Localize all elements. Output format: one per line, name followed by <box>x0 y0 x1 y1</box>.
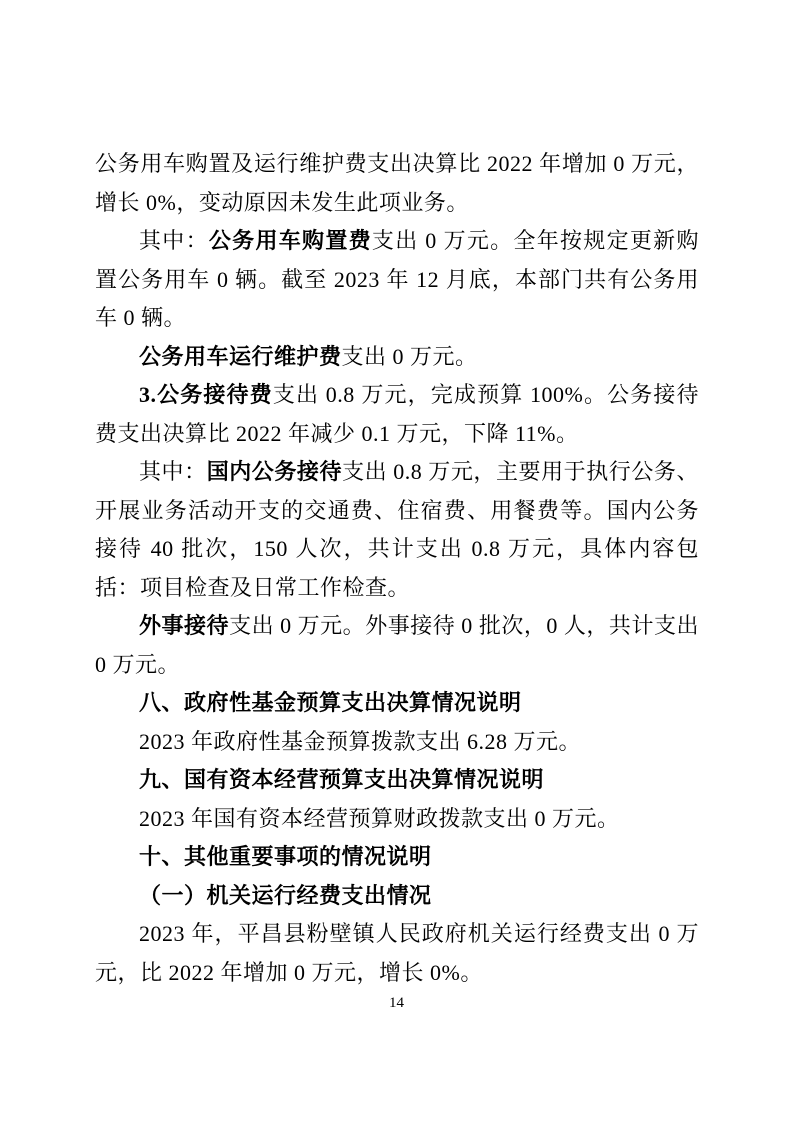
page-number: 14 <box>389 995 404 1011</box>
bold-term: 外事接待 <box>139 613 229 638</box>
page-footer: 14 <box>0 993 793 1013</box>
paragraph-domestic-reception: 其中：国内公务接待支出 0.8 万元，主要用于执行公务、开展业务活动开支的交通费… <box>95 453 699 607</box>
paragraph-state-capital-expenditure: 2023 年国有资本经营预算财政拨款支出 0 万元。 <box>95 800 699 839</box>
text-run: 公务用车购置及运行维护费支出决算比 2022 年增加 0 万元，增长 0%，变动… <box>95 151 699 215</box>
heading-text: 九、国有资本经营预算支出决算情况说明 <box>139 767 544 792</box>
heading-text: 十、其他重要事项的情况说明 <box>139 844 432 869</box>
bold-term: 3.公务接待费 <box>139 382 273 407</box>
bold-term: 国内公务接待 <box>207 459 342 484</box>
text-run: 其中： <box>139 459 207 484</box>
paragraph-vehicle-maintenance-fee: 公务用车运行维护费支出 0 万元。 <box>95 338 699 377</box>
heading-section-9: 九、国有资本经营预算支出决算情况说明 <box>95 761 699 800</box>
heading-text: （一）机关运行经费支出情况 <box>139 883 432 908</box>
bold-term: 公务用车运行维护费 <box>139 344 342 369</box>
paragraph-agency-operating-expense: 2023 年，平昌县粉壁镇人民政府机关运行经费支出 0 万元，比 2022 年增… <box>95 915 699 992</box>
text-run: 2023 年，平昌县粉壁镇人民政府机关运行经费支出 0 万元，比 2022 年增… <box>95 921 699 985</box>
document-page: 公务用车购置及运行维护费支出决算比 2022 年增加 0 万元，增长 0%，变动… <box>0 0 793 1122</box>
paragraph-vehicle-purchase-fee: 其中：公务用车购置费支出 0 万元。全年按规定更新购置公务用车 0 辆。截至 2… <box>95 222 699 338</box>
heading-section-8: 八、政府性基金预算支出决算情况说明 <box>95 684 699 723</box>
paragraph-vehicle-total-continuation: 公务用车购置及运行维护费支出决算比 2022 年增加 0 万元，增长 0%，变动… <box>95 145 699 222</box>
text-run: 2023 年国有资本经营预算财政拨款支出 0 万元。 <box>139 806 620 831</box>
paragraph-foreign-reception: 外事接待支出 0 万元。外事接待 0 批次，0 人，共计支出 0 万元。 <box>95 607 699 684</box>
text-run: 2023 年政府性基金预算拨款支出 6.28 万元。 <box>139 729 581 754</box>
bold-term: 公务用车购置费 <box>209 228 372 253</box>
heading-sub-1: （一）机关运行经费支出情况 <box>95 877 699 916</box>
paragraph-official-reception-fee: 3.公务接待费支出 0.8 万元，完成预算 100%。公务接待费支出决算比 20… <box>95 376 699 453</box>
document-body: 公务用车购置及运行维护费支出决算比 2022 年增加 0 万元，增长 0%，变动… <box>95 145 699 992</box>
heading-text: 八、政府性基金预算支出决算情况说明 <box>139 690 522 715</box>
paragraph-gov-fund-expenditure: 2023 年政府性基金预算拨款支出 6.28 万元。 <box>95 723 699 762</box>
text-run: 支出 0 万元。 <box>342 344 478 369</box>
heading-section-10: 十、其他重要事项的情况说明 <box>95 838 699 877</box>
text-run: 其中： <box>139 228 209 253</box>
